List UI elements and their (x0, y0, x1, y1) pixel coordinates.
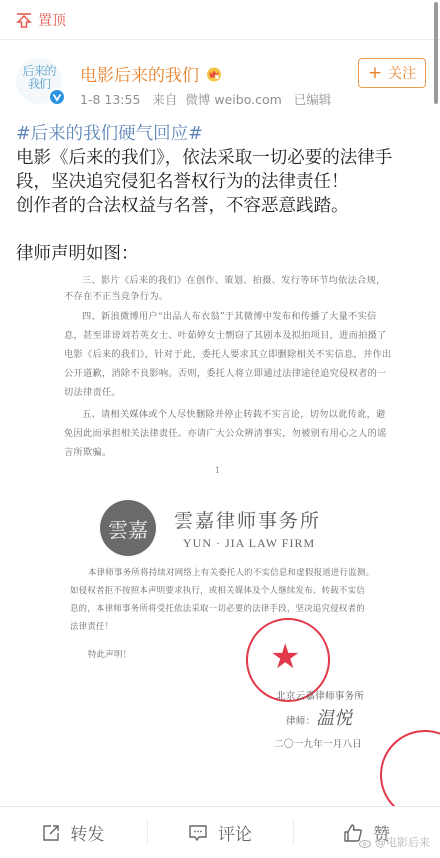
author-name[interactable]: 电影后来的我们 (80, 61, 199, 86)
red-stamp-partial (380, 730, 440, 806)
post-time: 1-8 13:55 (80, 92, 140, 107)
avatar[interactable]: 后来的我们 (16, 58, 62, 104)
doc-line: 不存在不正当竞争行为。 (64, 288, 168, 302)
follow-label: 关注 (388, 63, 416, 83)
plus-icon: + (368, 65, 382, 82)
doc-line: 三、影片《后来的我们》在创作、策划、拍摄、发行等环节均依法合规， (82, 272, 386, 286)
doc-line: 如侵权者拒不按照本声明要求执行，或相关媒体及个人继续发布、转载不实信 (70, 584, 365, 596)
signoff-lawyer-label: 律师： (286, 713, 315, 727)
action-bar: 转发 评论 赞 @电影后来 (0, 807, 440, 858)
pin-top-icon (16, 12, 32, 28)
post-paragraph: 创作者的合法权益与名誉，不容恶意践踏。 (16, 194, 426, 218)
edited-label: 已编辑 (294, 92, 332, 107)
hashtag-link[interactable]: #后来的我们硬气回应# (16, 122, 426, 146)
doc-line: 切法律责任。 (64, 384, 121, 398)
firm-name-cn: 雲嘉律师事务所 (174, 506, 321, 533)
post-source: 微博 weibo.com (185, 92, 281, 107)
repost-label: 转发 (70, 820, 104, 845)
doc-line: 免因此而承担相关法律责任。亦请广大公众辨清事实，勿被别有用心之人的谣 (64, 425, 387, 439)
post-body: #后来的我们硬气回应# 电影《后来的我们》，依法采取一切必要的法律手段，坚决追究… (16, 122, 426, 266)
firm-name-en: YUN · JIA LAW FIRM (183, 536, 315, 551)
comment-button[interactable]: 评论 (147, 807, 294, 858)
like-button[interactable]: 赞 @电影后来 (293, 807, 440, 858)
doc-line: 法律责任！ (70, 620, 113, 632)
doc-line: 息的，本律师事务所将受托依法采取一切必要的法律手段，坚决追究侵权者的 (70, 602, 365, 614)
repost-icon (42, 824, 60, 842)
lawyer-statement-intro: 律师声明如图： (16, 242, 426, 266)
attached-image-lawyer-statement[interactable]: 三、影片《后来的我们》在创作、策划、拍摄、发行等环节均依法合规， 不存在不正当竞… (0, 268, 440, 806)
watermark-text: @电影后来 (375, 834, 430, 850)
doc-line: 五、请相关媒体或个人尽快删除并停止转载不实言论，切勿以讹传讹，避 (82, 406, 386, 420)
doc-line: 本律师事务所将持续对网络上有关委托人的不实信息和虚假报道进行监测。 (88, 566, 374, 578)
comment-icon (188, 824, 208, 842)
repost-button[interactable]: 转发 (0, 807, 147, 858)
signoff-firm: 北京云嘉律师事务所 (276, 688, 364, 702)
doc-closing: 特此声明！ (88, 648, 131, 660)
doc-line: 言所欺骗。 (64, 444, 111, 458)
stamp-star-icon: ★ (270, 640, 300, 674)
doc-line: 电影《后来的我们》，针对于此，委托人要求其立即删除相关不实信息，并作出 (64, 346, 391, 360)
doc-line: 息，甚至诽谤刘若英女士、叶茹婷女士剽窃了其剧本及拟拍项目，进而拍摄了 (64, 327, 387, 341)
signoff-date: 二〇一九年一月八日 (274, 736, 362, 750)
post-header: 后来的我们 电影后来的我们 1-8 13:55 来自 微博 weibo.com … (0, 48, 440, 118)
post-paragraph: 电影《后来的我们》，依法采取一切必要的法律手段，坚决追究侵犯名誉权行为的法律责任… (16, 146, 426, 194)
author-name-row[interactable]: 电影后来的我们 (80, 61, 223, 86)
crown-vip-icon (205, 66, 223, 82)
doc-line: 四、新浪微博用户“出品人布衣翁”于其微博中发布和传播了大量不实信 (82, 308, 377, 322)
avatar-logo-text: 后来的我们 (19, 65, 59, 91)
weibo-logo-icon (359, 837, 373, 848)
source-prefix: 来自 (152, 92, 177, 107)
follow-button[interactable]: + 关注 (358, 58, 426, 88)
pin-label: 置顶 (38, 10, 66, 30)
post-meta: 1-8 13:55 来自 微博 weibo.com 已编辑 (80, 90, 339, 108)
verified-badge-icon (48, 88, 66, 106)
watermark: @电影后来 (359, 834, 430, 850)
pin-bar: 置顶 (0, 0, 440, 40)
lawyer-signature: 温悦 (316, 704, 352, 730)
page-number: 1 (215, 466, 220, 475)
doc-line: 公开道歉，消除不良影响。否则，委托人将立即通过法律途径追究侵权者的一 (64, 365, 387, 379)
firm-logo: 雲嘉 (100, 500, 156, 556)
comment-label: 评论 (218, 820, 252, 845)
